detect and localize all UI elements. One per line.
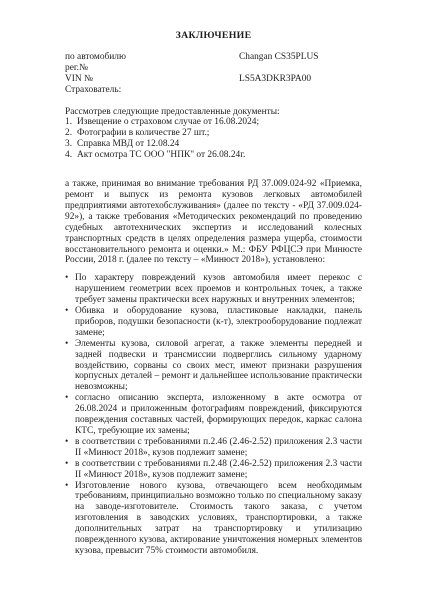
header-value: LS5A3DKR3PA00 <box>239 74 362 85</box>
header-row: по автомобилюChangan CS35PLUS <box>65 52 362 63</box>
document-item: 1.Извещение о страховом случае от 16.08.… <box>65 117 362 128</box>
header-label: Страхователь: <box>65 85 239 96</box>
document-item-text: Справка МВД от 12.08.24 <box>77 139 362 150</box>
finding-item: согласно описанию эксперта, изложенному … <box>75 393 362 437</box>
header-label: рег.№ <box>65 63 239 74</box>
document-item-text: Фотографии в количестве 27 шт.; <box>77 128 362 139</box>
finding-item: Элементы кузова, силовой агрегат, а такж… <box>75 339 362 394</box>
finding-item: По характеру повреждений кузов автомобил… <box>75 273 362 306</box>
document-item-number: 2. <box>65 128 77 139</box>
header-label: по автомобилю <box>65 52 239 63</box>
documents-intro: Рассмотрев следующие предоставленные док… <box>65 107 362 118</box>
finding-item: в соответствии с требованиями п.2.46 (2.… <box>75 437 362 459</box>
preamble-paragraph: а также, принимая во внимание требования… <box>65 179 362 266</box>
finding-item: в соответствии с требованиями п.2.48 (2.… <box>75 459 362 481</box>
document-item-number: 1. <box>65 117 77 128</box>
header-value: Changan CS35PLUS <box>239 52 362 63</box>
header-row: рег.№ <box>65 63 362 74</box>
document-item: 3.Справка МВД от 12.08.24 <box>65 139 362 150</box>
document-item-text: Акт осмотра ТС ООО "НПК" от 26.08.24г. <box>77 150 362 161</box>
vehicle-info-block: по автомобилюChangan CS35PLUSрег.№VIN №L… <box>65 52 362 96</box>
findings-list: По характеру повреждений кузов автомобил… <box>65 273 362 557</box>
document-title: ЗАКЛЮЧЕНИЕ <box>65 31 362 42</box>
document-item: 2.Фотографии в количестве 27 шт.; <box>65 128 362 139</box>
header-row: VIN №LS5A3DKR3PA00 <box>65 74 362 85</box>
finding-item: Изготовление нового кузова, отвечающего … <box>75 481 362 557</box>
document-item-text: Извещение о страховом случае от 16.08.20… <box>77 117 362 128</box>
document-item: 4.Акт осмотра ТС ООО "НПК" от 26.08.24г. <box>65 150 362 161</box>
documents-list: 1.Извещение о страховом случае от 16.08.… <box>65 117 362 161</box>
document-item-number: 3. <box>65 139 77 150</box>
document-item-number: 4. <box>65 150 77 161</box>
document-page: ЗАКЛЮЧЕНИЕ по автомобилюChangan CS35PLUS… <box>0 0 424 600</box>
header-label: VIN № <box>65 74 239 85</box>
header-row: Страхователь: <box>65 85 362 96</box>
finding-item: Обивка и оборудование кузова, пластиковы… <box>75 306 362 339</box>
